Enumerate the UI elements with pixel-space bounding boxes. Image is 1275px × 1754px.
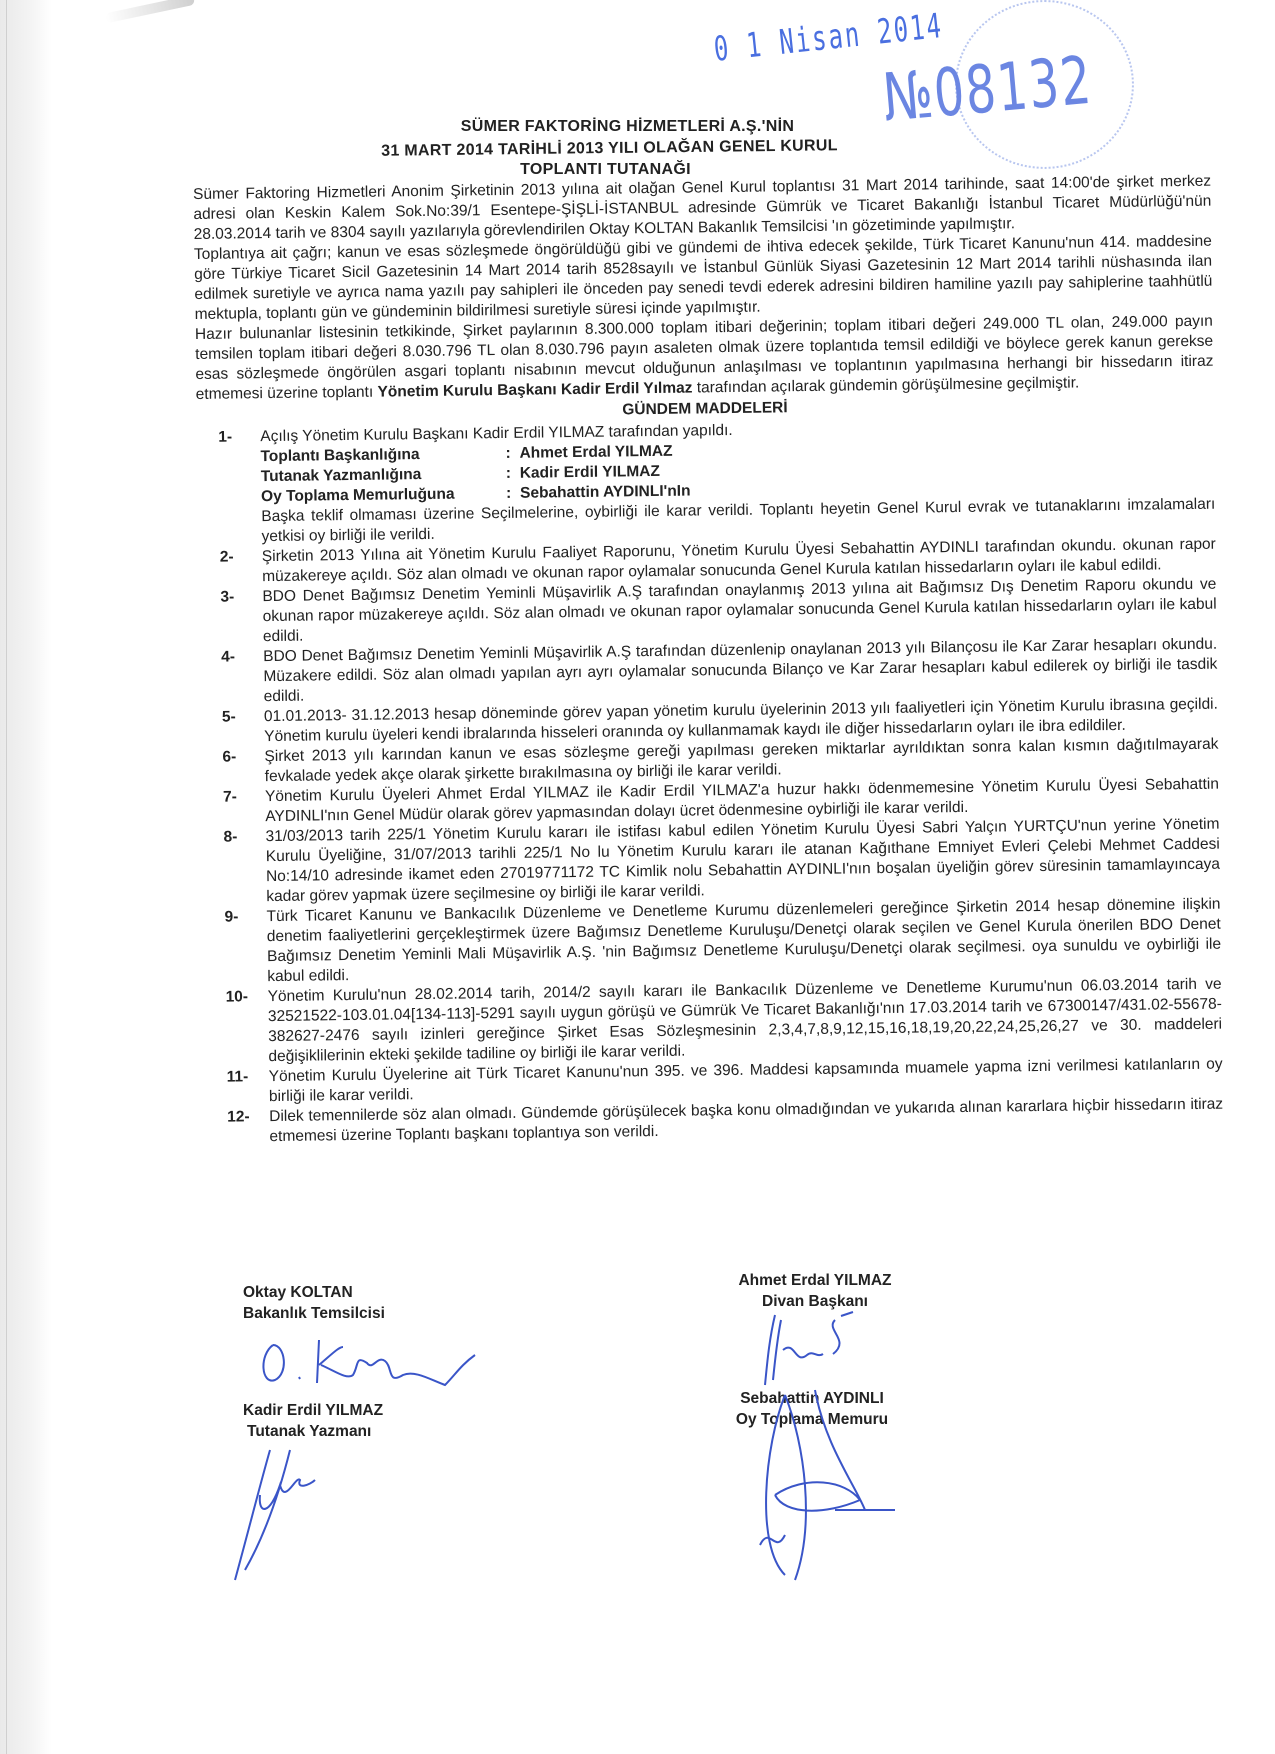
- signature-ministry-rep: Oktay KOLTAN Bakanlık Temsilcisi: [243, 1282, 385, 1324]
- agenda-item-number: 9-: [224, 907, 238, 927]
- agenda-item-number: 3-: [220, 587, 234, 607]
- agenda-item-number: 6-: [222, 747, 236, 767]
- signature-secretary: Kadir Erdil YILMAZ Tutanak Yazmanı: [243, 1400, 383, 1442]
- agenda-item-text: 31/03/2013 tarih 225/1 Yönetim Kurulu ka…: [265, 815, 1220, 907]
- minutes-body: Sümer Faktoring Hizmetleri Anonim Şirket…: [193, 172, 1224, 1148]
- signature-chairman: Ahmet Erdal YILMAZ Divan Başkanı: [735, 1270, 895, 1312]
- agenda-item-text: Türk Ticaret Kanunu ve Bankacılık Düzenl…: [266, 895, 1221, 987]
- agenda-item-number: 11-: [227, 1067, 249, 1087]
- agenda-item-number: 10-: [226, 987, 249, 1007]
- intro-paragraph-2: Toplantıya ait çağrı; kanun ve esas sözl…: [194, 232, 1213, 325]
- handwritten-signature-yilmaz: [755, 1310, 865, 1390]
- agenda-item-number: 8-: [223, 827, 237, 847]
- chairman-opening-bold: Yönetim Kurulu Başkanı Kadir Erdil Yılma…: [377, 379, 692, 400]
- handwritten-signature-secretary: [230, 1445, 340, 1585]
- agenda-item-number: 5-: [222, 707, 236, 727]
- agenda-item-number: 2-: [220, 548, 234, 568]
- agenda-item: 9-Türk Ticaret Kanunu ve Bankacılık Düze…: [202, 895, 1221, 988]
- agenda-items-list: 2-Şirketin 2013 Yılına ait Yönetim Kurul…: [198, 535, 1224, 1148]
- scan-left-edge: [0, 0, 52, 1754]
- handwritten-signature-koltan: [255, 1325, 535, 1395]
- scan-smudge: [105, 0, 195, 23]
- agenda-item-text: Yönetim Kurulu'nun 28.02.2014 tarih, 201…: [268, 975, 1223, 1067]
- agenda-item-number: 7-: [223, 787, 237, 807]
- agenda-item-number: 1-: [218, 428, 232, 448]
- agenda-item: 10-Yönetim Kurulu'nun 28.02.2014 tarih, …: [204, 975, 1223, 1068]
- agenda-item: 1- Açılış Yönetim Kurulu Başkanı Kadir E…: [196, 415, 1215, 548]
- agenda-item: 8-31/03/2013 tarih 225/1 Yönetim Kurulu …: [201, 815, 1220, 908]
- agenda-item-number: 4-: [221, 647, 235, 667]
- handwritten-signature-aydinli: [745, 1385, 915, 1585]
- scan-edge-line: [6, 0, 7, 1754]
- agenda-item-number: 12-: [227, 1107, 250, 1127]
- intro-paragraph-3: Hazır bulunanlar listesinin tetkikinde, …: [195, 312, 1214, 405]
